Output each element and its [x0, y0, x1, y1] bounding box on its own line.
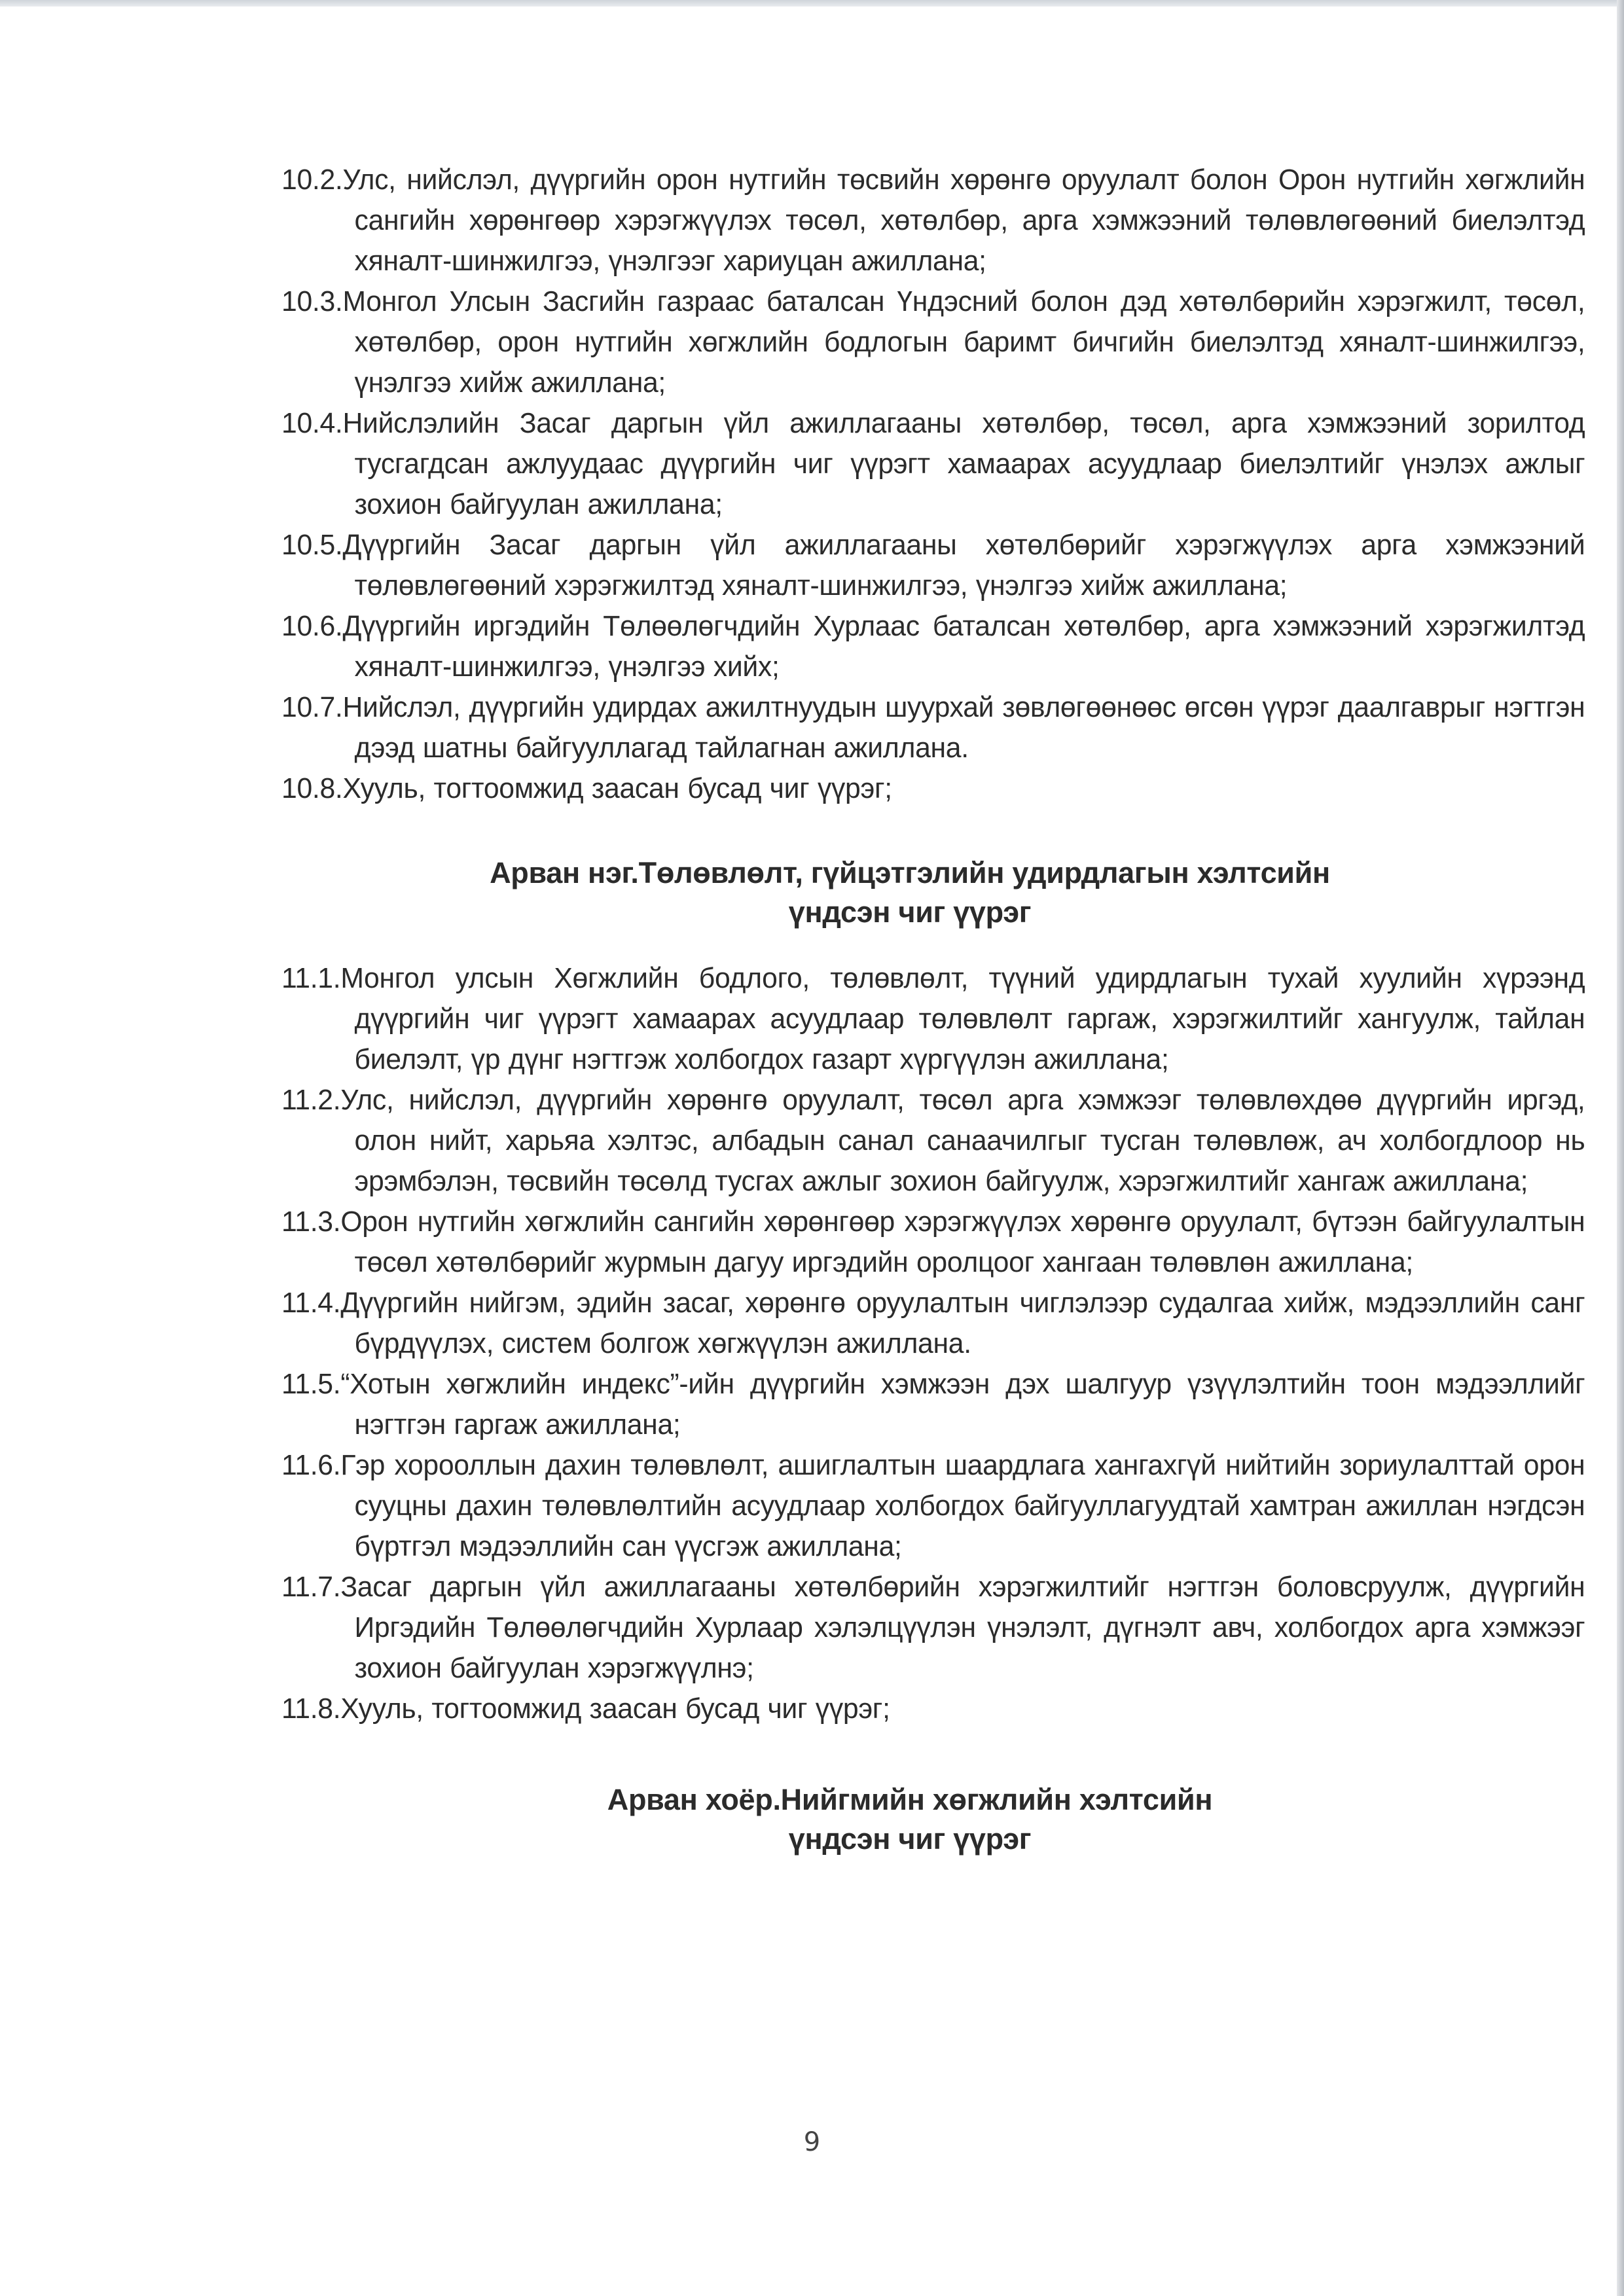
clause-text: Засаг даргын үйл ажиллагааны хөтөлбөрийн…	[340, 1571, 1585, 1684]
clause-text: Хууль, тогтоомжид заасан бусад чиг үүрэг…	[340, 1693, 890, 1725]
clause-text: “Хотын хөгжлийн индекс”-ийн дүүргийн хэм…	[340, 1368, 1585, 1441]
clause-text: Дүүргийн Засаг даргын үйл ажиллагааны хө…	[342, 529, 1585, 601]
clause-10-6: 10.6.Дүүргийн иргэдийн Төлөөлөгчдийн Хур…	[281, 606, 1585, 687]
clause-number: 11.7.	[281, 1567, 340, 1607]
clause-11-1: 11.1.Монгол улсын Хөгжлийн бодлого, төлө…	[281, 958, 1585, 1080]
clause-text: Улс, нийслэл, дүүргийн хөрөнгө оруулалт,…	[340, 1084, 1585, 1197]
clause-text: Монгол Улсын Засгийн газраас баталсан Үн…	[342, 285, 1585, 399]
clause-11-3: 11.3.Орон нутгийн хөгжлийн сангийн хөрөн…	[281, 1202, 1585, 1283]
section-10-list: 10.2.Улс, нийслэл, дүүргийн орон нутгийн…	[281, 160, 1512, 809]
clause-11-7: 11.7.Засаг даргын үйл ажиллагааны хөтөлб…	[281, 1567, 1585, 1689]
clause-number: 10.7.	[281, 687, 342, 728]
clause-number: 10.4.	[281, 403, 342, 444]
clause-number: 11.6.	[281, 1445, 340, 1486]
clause-10-2: 10.2.Улс, нийслэл, дүүргийн орон нутгийн…	[281, 160, 1585, 281]
clause-11-8: 11.8.Хууль, тогтоомжид заасан бусад чиг …	[281, 1689, 1585, 1729]
section-11-heading: Арван нэг.Төлөвлөлт, гүйцэтгэлийн удирдл…	[281, 853, 1512, 932]
section-heading-line-2: үндсэн чиг үүрэг	[308, 893, 1512, 932]
scan-right-edge	[1617, 0, 1624, 2296]
clause-text: Дүүргийн иргэдийн Төлөөлөгчдийн Хурлаас …	[342, 610, 1585, 683]
clause-text: Орон нутгийн хөгжлийн сангийн хөрөнгөөр …	[340, 1206, 1585, 1278]
clause-number: 10.8.	[281, 768, 342, 809]
clause-10-3: 10.3.Монгол Улсын Засгийн газраас баталс…	[281, 281, 1585, 403]
clause-11-5: 11.5.“Хотын хөгжлийн индекс”-ийн дүүргий…	[281, 1364, 1585, 1445]
clause-number: 11.2.	[281, 1080, 340, 1121]
clause-number: 11.3.	[281, 1202, 340, 1242]
section-12-heading: Арван хоёр.Нийгмийн хөгжлийн хэлтсийн үн…	[281, 1780, 1512, 1859]
clause-number: 11.8.	[281, 1689, 340, 1729]
clause-number: 10.6.	[281, 606, 342, 647]
document-page: 10.2.Улс, нийслэл, дүүргийн орон нутгийн…	[281, 160, 1512, 1859]
section-11-list: 11.1.Монгол улсын Хөгжлийн бодлого, төлө…	[281, 958, 1512, 1729]
section-heading-line-1: Арван нэг.Төлөвлөлт, гүйцэтгэлийн удирдл…	[308, 853, 1512, 893]
clause-11-2: 11.2.Улс, нийслэл, дүүргийн хөрөнгө оруу…	[281, 1080, 1585, 1202]
clause-number: 11.5.	[281, 1364, 340, 1405]
clause-text: Нийслэлийн Засаг даргын үйл ажиллагааны …	[342, 407, 1585, 520]
section-heading-line-1: Арван хоёр.Нийгмийн хөгжлийн хэлтсийн	[308, 1780, 1512, 1820]
clause-11-4: 11.4.Дүүргийн нийгэм, эдийн засаг, хөрөн…	[281, 1283, 1585, 1364]
clause-text: Дүүргийн нийгэм, эдийн засаг, хөрөнгө ор…	[340, 1287, 1585, 1359]
page-number: 9	[0, 2127, 1624, 2157]
clause-10-4: 10.4.Нийслэлийн Засаг даргын үйл ажиллаг…	[281, 403, 1585, 525]
clause-number: 10.2.	[281, 160, 342, 200]
clause-11-6: 11.6.Гэр хорооллын дахин төлөвлөлт, ашиг…	[281, 1445, 1585, 1567]
clause-10-7: 10.7.Нийслэл, дүүргийн удирдах ажилтнууд…	[281, 687, 1585, 768]
clause-text: Улс, нийслэл, дүүргийн орон нутгийн төсв…	[342, 164, 1585, 277]
clause-10-8: 10.8.Хууль, тогтоомжид заасан бусад чиг …	[281, 768, 1585, 809]
clause-text: Нийслэл, дүүргийн удирдах ажилтнуудын шу…	[342, 691, 1585, 764]
clause-number: 10.5.	[281, 525, 342, 565]
scan-top-band	[0, 0, 1624, 7]
clause-number: 11.1.	[281, 958, 340, 999]
clause-10-5: 10.5.Дүүргийн Засаг даргын үйл ажиллагаа…	[281, 525, 1585, 606]
section-heading-line-2: үндсэн чиг үүрэг	[308, 1820, 1512, 1859]
clause-number: 10.3.	[281, 281, 342, 322]
clause-text: Монгол улсын Хөгжлийн бодлого, төлөвлөлт…	[340, 962, 1585, 1075]
clause-text: Гэр хорооллын дахин төлөвлөлт, ашиглалты…	[340, 1449, 1585, 1562]
clause-text: Хууль, тогтоомжид заасан бусад чиг үүрэг…	[342, 772, 892, 804]
clause-number: 11.4.	[281, 1283, 340, 1323]
